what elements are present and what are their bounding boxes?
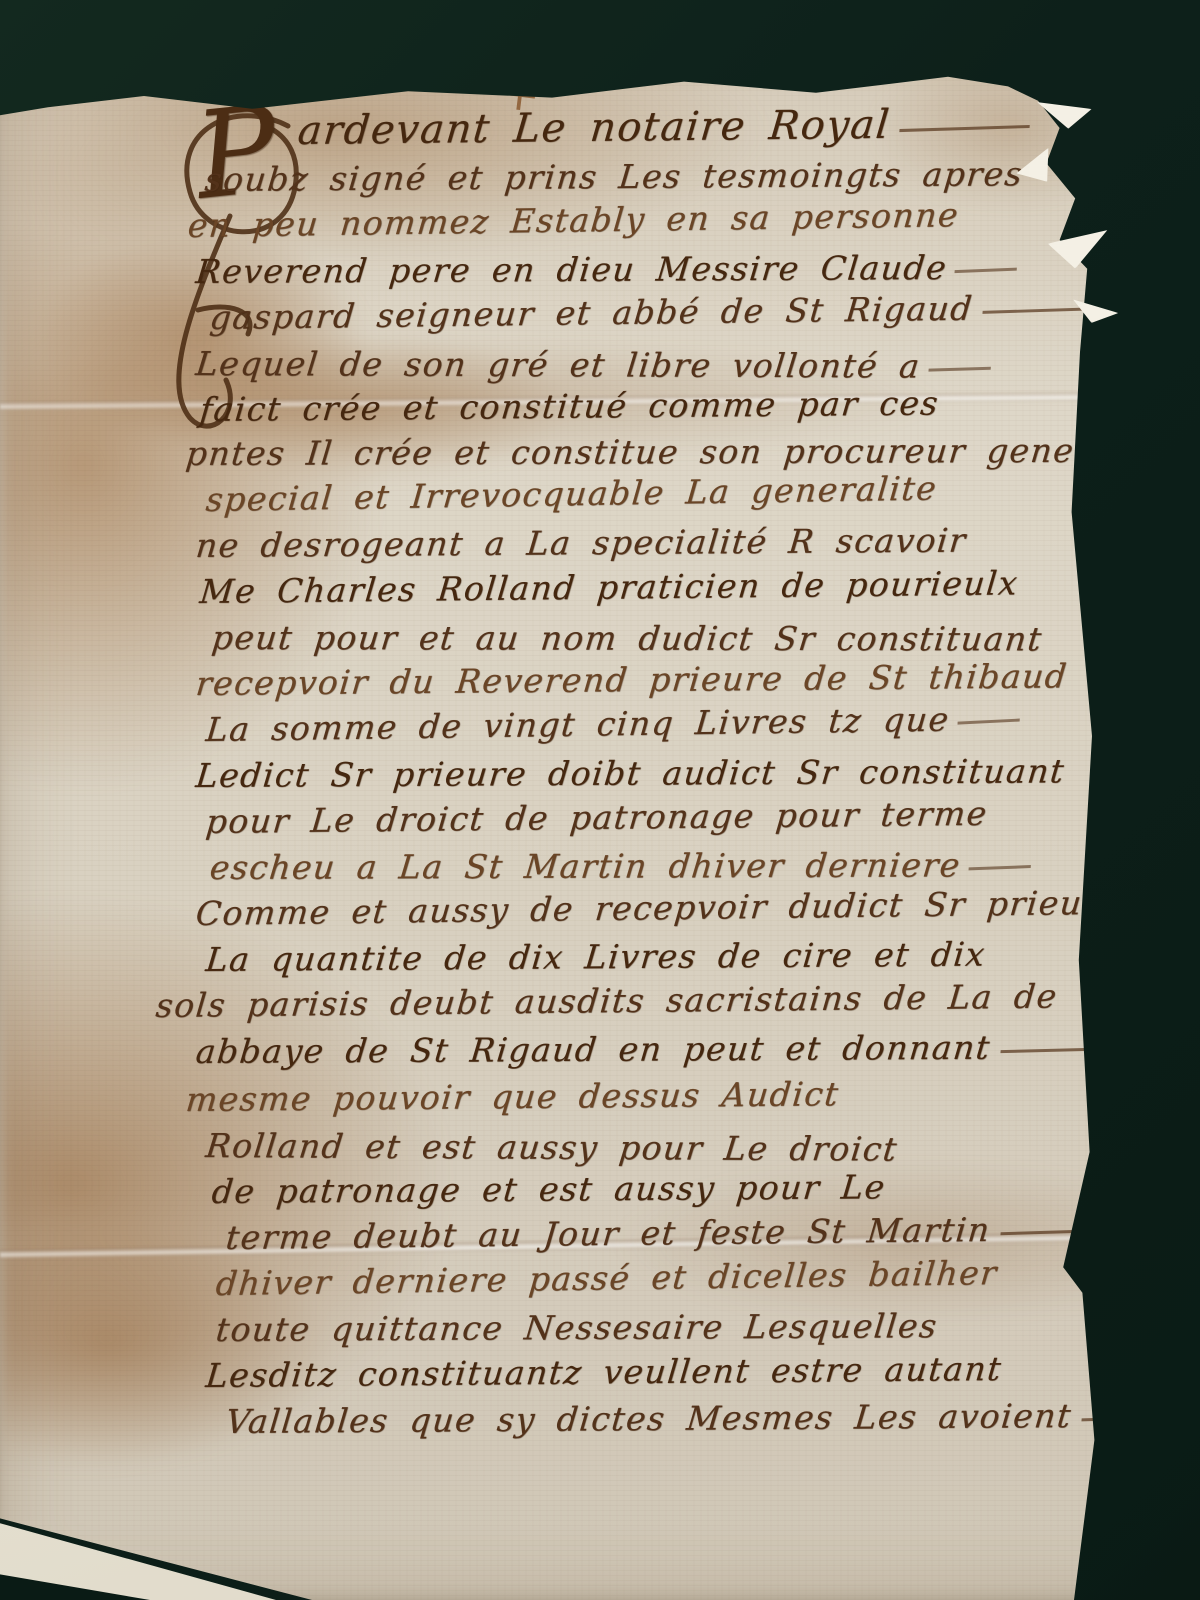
manuscript-line: sols parisis deubt ausdits sacristains d…: [154, 977, 1059, 1025]
manuscript-line: en peu nommez Estably en sa personne: [186, 195, 961, 245]
manuscript-line: Vallables que sy dictes Mesmes Les avoie…: [224, 1395, 1200, 1441]
manuscript-line: Ledict Sr prieure doibt audict Sr consti…: [194, 751, 1067, 795]
manuscript-line: pour Le droict de patronage pour terme: [204, 794, 989, 841]
manuscript-line: toute quittance Nessesaire Lesquelles: [214, 1306, 940, 1349]
manuscript-line: ardevant Le notaire Royal: [296, 100, 1033, 154]
manuscript-line: terme deubt au Jour et feste St Martin: [224, 1209, 1132, 1258]
manuscript-line: Lequel de son gré et libre vollonté a: [194, 344, 993, 386]
manuscript-line: Comme et aussy de recepvoir dudict Sr pr…: [194, 883, 1123, 933]
manuscript-line: La somme de vingt cinq Livres tz que: [204, 699, 1021, 749]
manuscript-line: special et Irrevocquable La generalite: [204, 468, 939, 519]
manuscript-line: Lesditz constituantz veullent estre auta…: [204, 1349, 1004, 1395]
manuscript-line: gaspard seigneur et abbé de St Rigaud: [208, 287, 1115, 337]
manuscript-line: Reverend pere en dieu Messire Claude: [194, 248, 1019, 291]
manuscript-line: escheu a La St Martin dhiver derniere: [208, 845, 1033, 887]
manuscript-line: faict crée et constitué comme par ces: [198, 384, 941, 429]
manuscript-line: soubz signé et prins Les tesmoingts apre…: [203, 154, 1025, 199]
manuscript-line: recepvoir du Reverend prieure de St thib…: [194, 656, 1069, 703]
manuscript-line: ne desrogeant a La specialité R scavoir: [194, 521, 968, 565]
manuscript-line: La quantite de dix Livres de cire et dix: [204, 935, 988, 979]
manuscript-line: de patronage et est aussy pour Le: [210, 1167, 888, 1211]
manuscript-paper: + P ardevant Le notaire Royal soubz sign…: [0, 0, 1200, 1600]
manuscript-line: Rolland et est aussy pour Le droict: [204, 1126, 900, 1169]
manuscript-photo: + P ardevant Le notaire Royal soubz sign…: [0, 0, 1200, 1600]
manuscript-line: mesme pouvoir que dessus Audict: [184, 1074, 841, 1119]
manuscript-line: peut pour et au nom dudict Sr constituan…: [210, 618, 1045, 658]
manuscript-line: abbaye de St Rigaud en peut et donnant: [194, 1027, 1133, 1071]
manuscript-line: dhiver derniere passé et dicelles bailhe…: [214, 1253, 999, 1303]
manuscript-text-block: ardevant Le notaire Royal soubz signé et…: [0, 0, 1200, 1600]
manuscript-line: pntes Il crée et constitue son procureur…: [184, 431, 1127, 473]
manuscript-line: Me Charles Rolland praticien de pourieul…: [198, 563, 1020, 611]
